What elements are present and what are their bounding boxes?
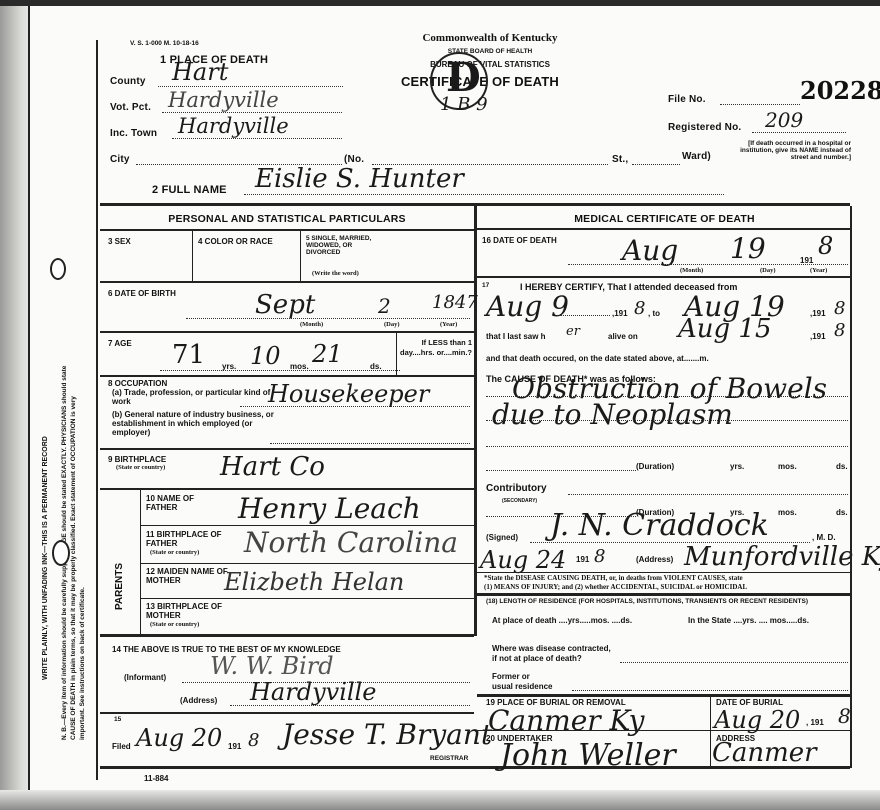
age-label: 7 AGE	[108, 339, 132, 348]
dob-month[interactable]: Sept	[255, 290, 315, 320]
informant-value[interactable]: W. W. Bird	[210, 652, 334, 680]
last-saw-pronoun[interactable]: er	[566, 324, 580, 339]
registrar-signature[interactable]: Jesse T. Bryant	[282, 718, 492, 751]
duration-yrs: yrs.	[730, 462, 744, 471]
row-divider	[100, 712, 474, 714]
dob-day[interactable]: 2	[378, 294, 391, 318]
row-divider	[140, 598, 474, 599]
footnote-line-2: (1) MEANS OF INJURY; and (2) whether ACC…	[484, 583, 747, 591]
duration-mos: mos.	[778, 462, 797, 471]
contributory-line	[568, 494, 848, 495]
row-divider	[100, 488, 474, 490]
birthplace-value[interactable]: Hart Co	[220, 452, 325, 482]
physician-signature[interactable]: J. N. Craddock	[550, 508, 769, 543]
burial-divider	[710, 697, 711, 767]
signed-label: (Signed)	[486, 533, 518, 542]
duration-mos-2: mos.	[778, 508, 797, 517]
stamp-number: 1 B 9	[440, 94, 488, 115]
bureau-label: BUREAU OF VITAL STATISTICS	[385, 60, 595, 69]
row-divider	[100, 634, 474, 637]
months-label: mos.	[290, 362, 309, 371]
age-months[interactable]: 10	[250, 342, 281, 370]
cause-line-2[interactable]: due to Neoplasm	[492, 398, 733, 431]
signed-date[interactable]: Aug 24	[480, 546, 566, 574]
less-than-day-note: If LESS than 1 day....hrs. or....min.?	[400, 338, 472, 358]
informant-address-label: (Address)	[180, 696, 217, 705]
former-residence-line	[572, 690, 848, 691]
row-divider	[477, 276, 852, 278]
employer-line	[270, 443, 470, 444]
row-divider	[477, 730, 852, 731]
vot-pct-label: Vot. Pct.	[110, 102, 151, 113]
filed-year-prefix: 191	[228, 742, 241, 751]
ward-label: Ward)	[682, 151, 711, 162]
dod-month[interactable]: Aug	[622, 234, 678, 267]
physician-address-label: (Address)	[636, 555, 673, 564]
registered-no-line	[752, 132, 846, 133]
dod-year-prefix: 191	[800, 256, 813, 265]
margin-line-2: N. B.—Every item of information should b…	[60, 60, 69, 740]
father-birthplace-value[interactable]: North Carolina	[244, 526, 458, 559]
filed-date[interactable]: Aug 20	[136, 724, 222, 752]
duration-label: (Duration)	[636, 462, 674, 471]
from-year-prefix: ,191	[612, 309, 628, 318]
duration-ds: ds.	[836, 462, 848, 471]
last-saw-date[interactable]: Aug 15	[678, 314, 772, 344]
cell-divider	[192, 231, 193, 281]
marital-note: (Write the word)	[312, 270, 359, 277]
last-saw-label: that I last saw h	[486, 332, 546, 341]
inc-town-line	[172, 138, 342, 139]
inc-town-value[interactable]: Hardyville	[178, 114, 289, 138]
dob-label: 6 DATE OF BIRTH	[108, 289, 176, 298]
punch-hole-icon	[50, 258, 66, 280]
margin-notes: N. B.—Every item of information should b…	[60, 60, 90, 740]
duration-ds-2: ds.	[836, 508, 848, 517]
father-name-value[interactable]: Henry Leach	[238, 492, 421, 525]
undertaker-address-value[interactable]: Canmer	[712, 738, 817, 768]
file-number: 20228	[800, 76, 880, 105]
row-divider	[477, 572, 852, 573]
medical-section-title: MEDICAL CERTIFICATE OF DEATH	[477, 213, 852, 225]
mother-name-label: 12 MAIDEN NAME OF MOTHER	[146, 567, 236, 585]
contracted-label-2: if not at place of death?	[492, 654, 582, 663]
cause-line	[486, 420, 848, 421]
occupation-label: 8 OCCUPATION	[108, 379, 167, 388]
inc-town-label: Inc. Town	[110, 128, 157, 139]
dod-year-caption: (Year)	[810, 267, 827, 274]
city-label: City	[110, 154, 130, 165]
county-line	[158, 86, 343, 87]
dod-day[interactable]: 19	[730, 232, 766, 265]
county-value[interactable]: Hart	[172, 58, 228, 86]
informant-label: (Informant)	[124, 673, 166, 682]
years-label: yrs.	[222, 362, 236, 371]
filed-label: Filed	[112, 742, 131, 751]
alive-year-prefix: ,191	[810, 332, 826, 341]
form-code: V. S. 1-000 M. 10-18-16	[130, 40, 199, 47]
md-label: , M. D.	[812, 533, 836, 542]
alive-year-suffix[interactable]: 8	[834, 320, 845, 341]
filed-number: 15	[114, 716, 121, 723]
ward-line	[632, 164, 680, 165]
row-divider	[100, 229, 474, 231]
mother-name-value[interactable]: Elizbeth Helan	[224, 568, 404, 596]
dod-month-caption: (Month)	[680, 267, 703, 274]
dod-label: 16 DATE OF DEATH	[482, 236, 557, 245]
punch-hole-icon	[52, 540, 70, 566]
father-birthplace-label: 11 BIRTHPLACE OF FATHER	[146, 530, 236, 548]
county-label: County	[110, 76, 146, 87]
margin-line-1: WRITE PLAINLY, WITH UNFADING INK—THIS IS…	[42, 436, 49, 680]
age-years[interactable]: 71	[172, 340, 205, 370]
to-year-prefix: ,191	[810, 309, 826, 318]
age-days[interactable]: 21	[312, 340, 343, 368]
contracted-line	[620, 662, 848, 663]
full-name-label: 2 FULL NAME	[152, 184, 227, 196]
burial-place-value[interactable]: Canmer Ky	[488, 704, 645, 737]
file-no-label: File No.	[668, 94, 706, 105]
margin-instructions: WRITE PLAINLY, WITH UNFADING INK—THIS IS…	[42, 200, 49, 680]
at-place-of-death: At place of death ....yrs.....mos. ....d…	[492, 616, 672, 625]
days-label: ds.	[370, 362, 382, 371]
row-divider	[100, 281, 474, 283]
signed-year-prefix: 191	[576, 555, 589, 564]
cell-divider	[300, 231, 301, 281]
to-label: , to	[648, 309, 660, 318]
undertaker-value[interactable]: John Weller	[500, 738, 676, 773]
race-label: 4 COLOR OR RACE	[198, 237, 273, 246]
row-divider	[477, 694, 852, 697]
to-year-suffix[interactable]: 8	[834, 298, 845, 319]
cause-line	[486, 446, 848, 447]
row-divider	[100, 331, 474, 333]
occupation-b-label: (b) General nature of industry business,…	[112, 410, 282, 437]
cell-divider	[396, 333, 397, 375]
year-caption: (Year)	[440, 321, 457, 328]
registered-no-label: Registered No.	[668, 122, 741, 133]
signed-year-suffix[interactable]: 8	[594, 546, 605, 567]
contracted-label-1: Where was disease contracted,	[492, 644, 611, 653]
form-left-border	[96, 40, 98, 780]
day-caption: (Day)	[384, 321, 400, 328]
full-name-line	[244, 194, 724, 195]
vot-pct-value[interactable]: Hardyville	[168, 88, 279, 112]
attended-from-line	[560, 315, 610, 316]
certify-number: 17	[482, 282, 489, 289]
marital-status-label: 5 SINGLE, MARRIED, WIDOWED, OR DIVORCED	[306, 235, 376, 256]
informant-address-value[interactable]: Hardyville	[250, 678, 376, 706]
form-right-border	[850, 206, 852, 768]
dod-day-caption: (Day)	[760, 267, 776, 274]
occupation-value[interactable]: Housekeeper	[268, 380, 429, 408]
alive-on-label: alive on	[608, 332, 638, 341]
hospital-note: [If death occurred in a hospital or inst…	[735, 140, 851, 161]
father-name-label: 10 NAME OF FATHER	[146, 494, 226, 512]
footnote-line-1: *State the DISEASE CAUSING DEATH, or, in…	[484, 574, 743, 582]
parents-label: PARENTS	[114, 530, 125, 610]
from-year-suffix[interactable]: 8	[634, 298, 645, 319]
birthplace-note: (State or country)	[116, 464, 165, 471]
commonwealth-title: Commonwealth of Kentucky	[385, 32, 595, 44]
row-divider	[100, 448, 474, 450]
scan-bottom-edge	[0, 790, 880, 810]
mother-birthplace-label: 13 BIRTHPLACE OF MOTHER	[146, 602, 236, 620]
death-occurred-text: and that death occured, on the date stat…	[486, 354, 709, 363]
row-divider	[100, 375, 474, 377]
in-state: In the State ....yrs. .... mos.....ds.	[688, 616, 848, 625]
occupation-a-label: (a) Trade, profession, or particular kin…	[112, 388, 272, 406]
dod-year-suffix[interactable]: 8	[818, 232, 833, 260]
cause-line	[486, 396, 848, 397]
secondary-label: (SECONDARY)	[502, 498, 537, 505]
filed-year-suffix[interactable]: 8	[248, 730, 259, 751]
duration-line	[486, 470, 636, 471]
residence-label: (18) LENGTH OF RESIDENCE (FOR HOSPITALS,…	[486, 598, 846, 605]
burial-year-prefix: , 191	[806, 718, 824, 727]
month-caption: (Month)	[300, 321, 323, 328]
full-name-value[interactable]: Eislie S. Hunter	[255, 164, 464, 194]
vot-pct-line	[162, 112, 342, 113]
row-divider	[140, 563, 474, 564]
contributory-label: Contributory	[486, 484, 547, 493]
former-residence-label-2: usual residence	[492, 682, 552, 691]
registrar-label: REGISTRAR	[430, 755, 468, 762]
age-line	[160, 370, 400, 371]
sex-label: 3 SEX	[108, 237, 131, 246]
state-board-label: STATE BOARD OF HEALTH	[385, 48, 595, 55]
dob-line	[186, 318, 470, 319]
birthplace-label: 9 BIRTHPLACE	[108, 455, 166, 464]
row-divider	[477, 228, 852, 230]
burial-year-suffix[interactable]: 8	[838, 704, 851, 728]
attended-from-date[interactable]: Aug 9	[486, 290, 569, 323]
margin-line-3: CAUSE OF DEATH in plain terms, so that i…	[69, 60, 78, 740]
mother-birthplace-note: (State or country)	[150, 621, 199, 628]
dob-year[interactable]: 1847	[432, 292, 478, 313]
personal-section-title: PERSONAL AND STATISTICAL PARTICULARS	[100, 213, 474, 225]
row-divider	[477, 593, 852, 596]
form-number: 11-884	[144, 774, 168, 783]
former-residence-label-1: Former or	[492, 672, 530, 681]
file-no-line	[720, 104, 800, 105]
margin-line-4: important. See instructions on back of c…	[78, 60, 87, 740]
street-label: St.,	[612, 154, 628, 165]
father-birthplace-note: (State or country)	[150, 549, 199, 556]
registered-number: 209	[765, 108, 803, 132]
